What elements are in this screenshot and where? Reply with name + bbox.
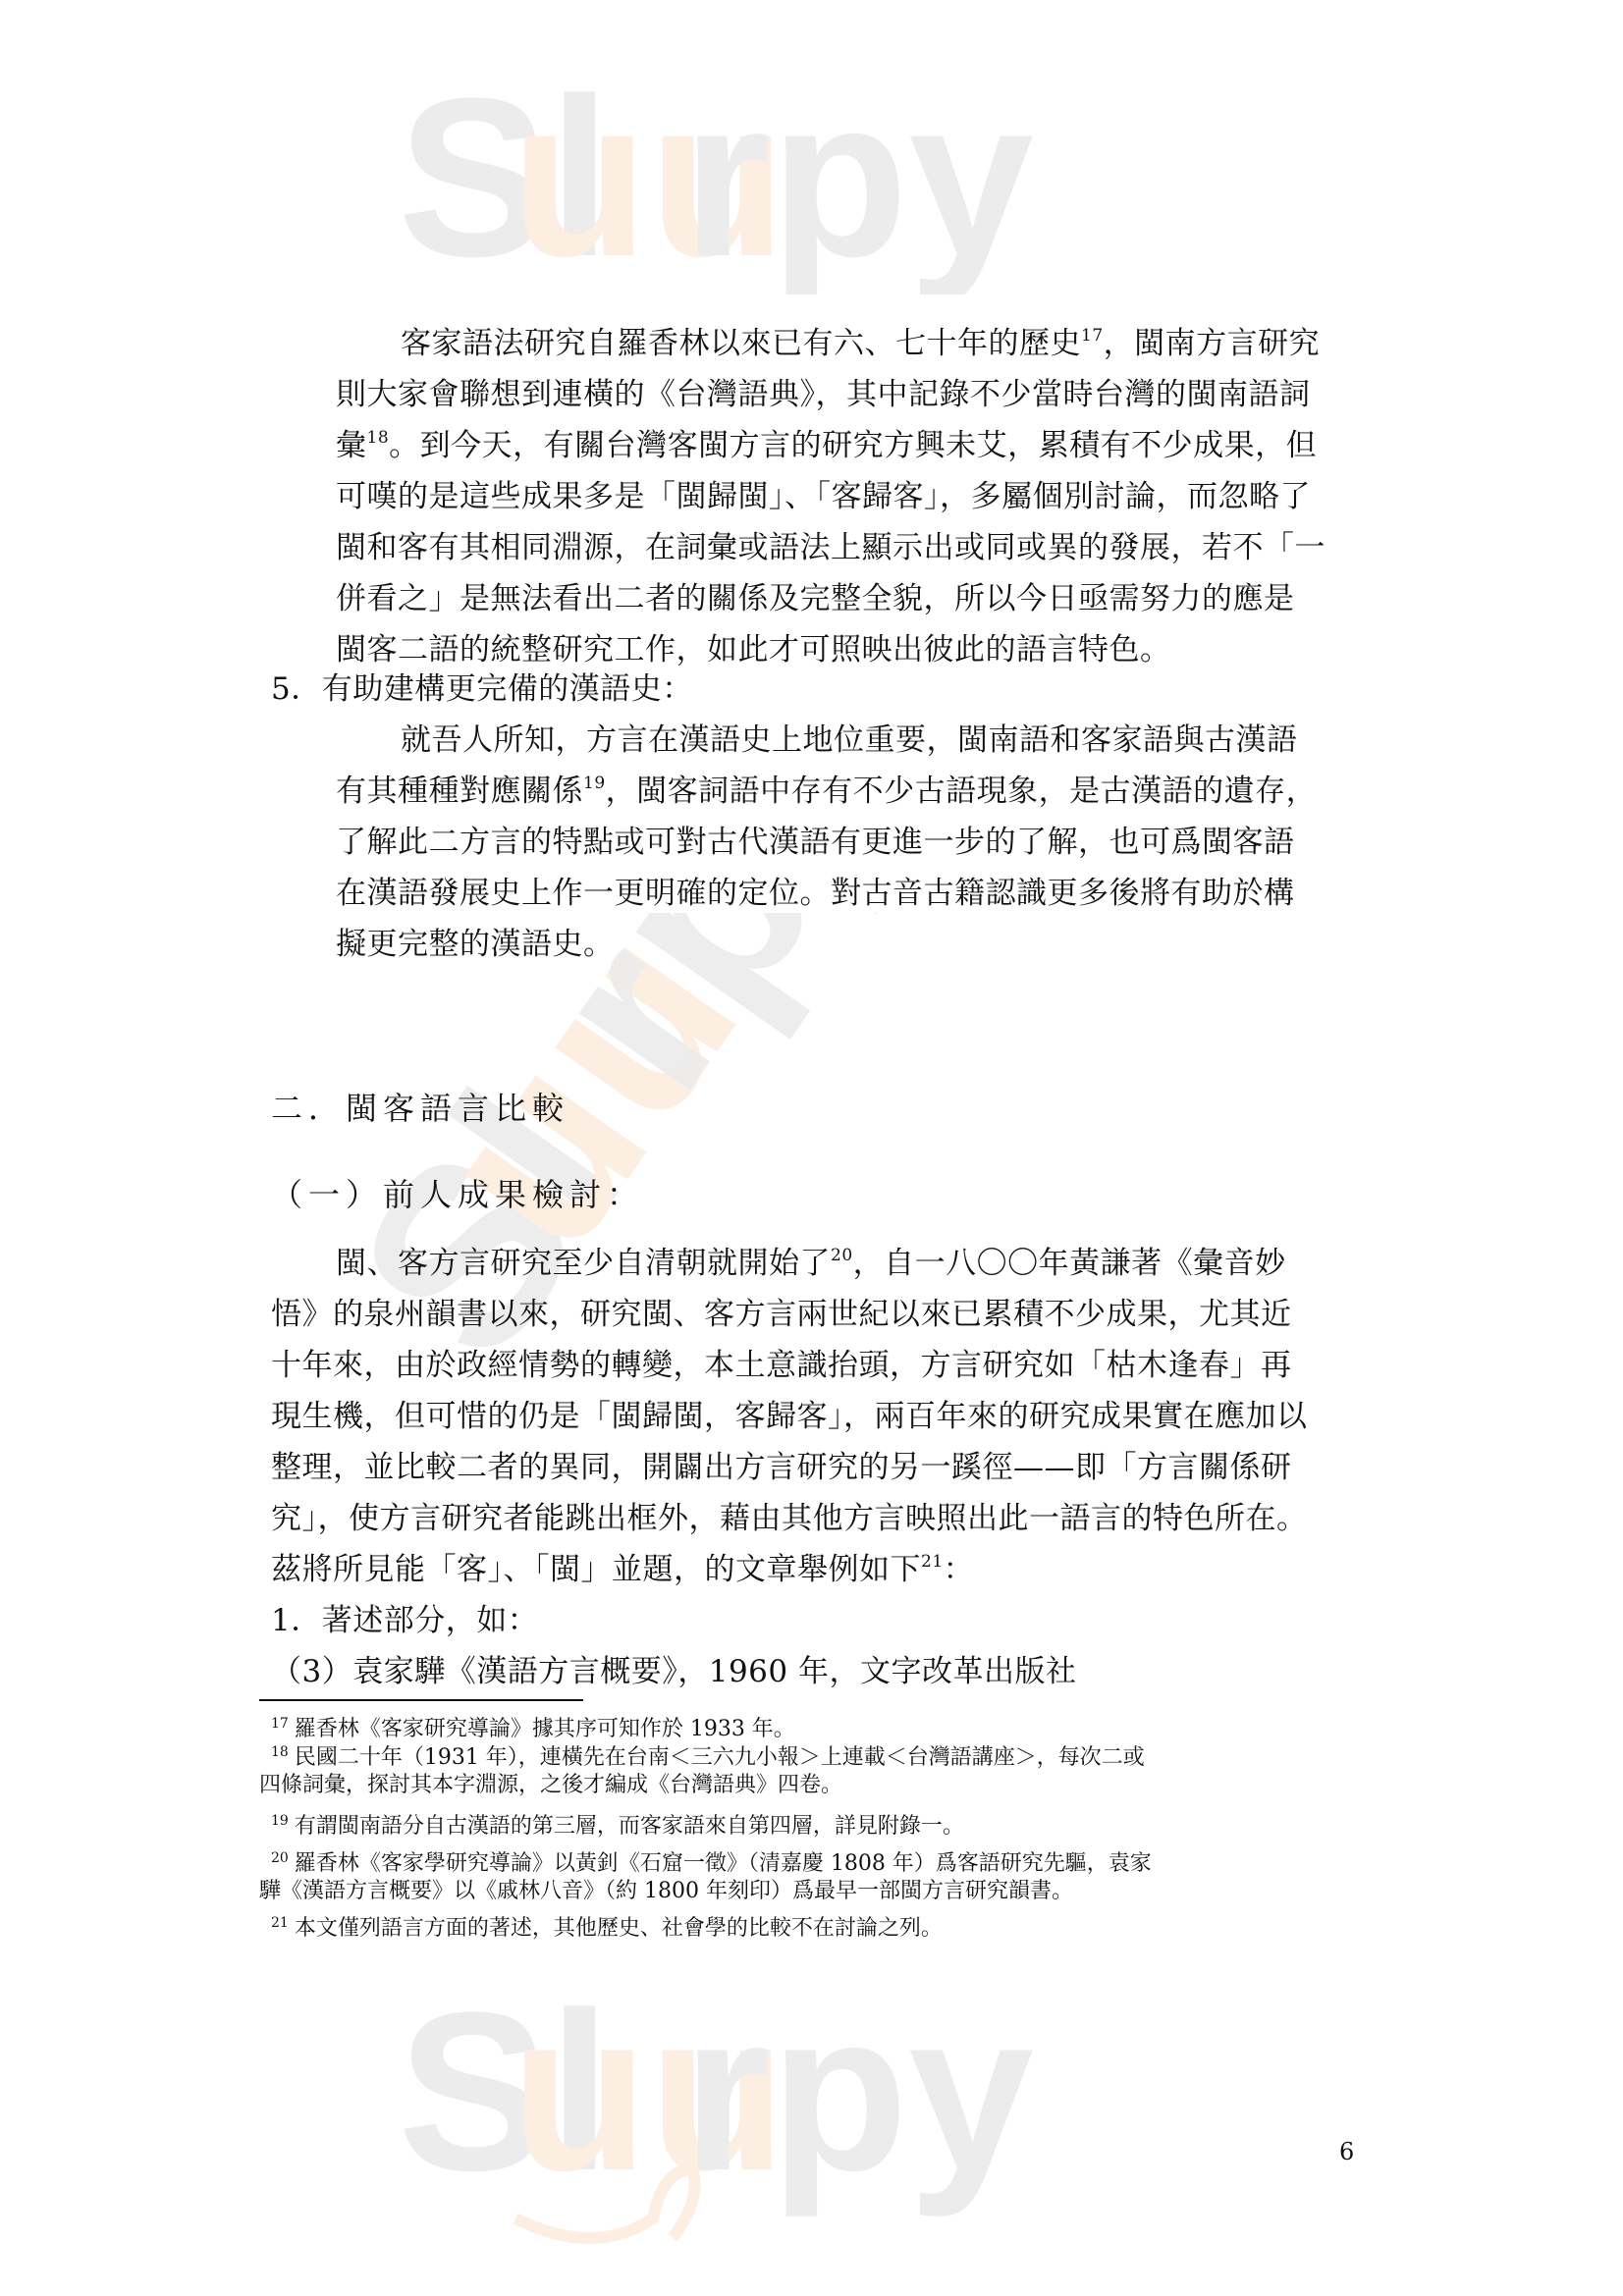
- list-item-1: 1．著述部分，如：: [271, 1600, 538, 1641]
- text: 十年來，由於政經情勢的轉變，本土意識抬頭，方言研究如「枯木逢春」再: [271, 1348, 1292, 1383]
- para1-line-5: 閩和客有其相同淵源，在詞彙或語法上顯示出或同或異的發展，若不「一: [336, 527, 1325, 568]
- footnote-ref-17[interactable]: 17: [1081, 326, 1104, 346]
- para2-line-1: 就吾人所知，方言在漢語史上地位重要，閩南語和客家語與古漢語: [401, 720, 1298, 761]
- subsection-heading: （一）前人成果檢討：: [271, 1174, 644, 1215]
- text: ，自一八〇〇年黃謙著《彙音妙: [853, 1246, 1286, 1281]
- text: 悟》的泉州韻書以來，研究閩、客方言兩世紀以來已累積不少成果，尤其近: [271, 1297, 1292, 1332]
- footnote-text: 驊《漢語方言概要》以《戚林八音》（約 1800 年刻印）爲最早一部閩方言研究韻書…: [259, 1879, 1073, 1903]
- text: 擬更完整的漢語史。: [336, 927, 615, 962]
- footnote-number: 18: [271, 1744, 289, 1760]
- text: 在漢語發展史上作一更明確的定位。對古音古籍認識更多後將有助於構: [336, 876, 1295, 911]
- page-number: 6: [1339, 2138, 1354, 2165]
- text: ，閩客詞語中存有不少古語現象，是古漢語的遺存，: [606, 774, 1318, 809]
- text: 可嘆的是這些成果多是「閩歸閩」、「客歸客」，多屬個別討論，而忽略了: [336, 479, 1311, 514]
- text: 彙: [336, 428, 367, 463]
- text: 客家語法研究自羅香林以來已有六、七十年的歷史: [401, 326, 1081, 361]
- list-subitem-3: （3）袁家驊《漢語方言概要》，1960 年，文字改革出版社: [271, 1651, 1076, 1692]
- footnote-number: 19: [271, 1813, 289, 1829]
- text: 現生機，但可惜的仍是「閩歸閩，客歸客」，兩百年來的研究成果實在應加以: [271, 1399, 1308, 1434]
- footnote-text: 民國二十年（1931 年），連橫先在台南＜三六九小報＞上連載＜台灣語講座＞，每次…: [295, 1745, 1145, 1770]
- footnote-ref-18[interactable]: 18: [367, 428, 390, 448]
- para1-line-3: 彙18。到今天，有關台灣客閩方言的研究方興未艾，累積有不少成果，但: [336, 425, 1317, 466]
- para3-line-6: 究」，使方言研究者能跳出框外，藉由其他方言映照出此一語言的特色所在。: [271, 1498, 1308, 1539]
- text: 1．著述部分，如：: [271, 1603, 538, 1638]
- text: 。到今天，有關台灣客閩方言的研究方興未艾，累積有不少成果，但: [389, 428, 1317, 463]
- footnote-text: 有謂閩南語分自古漢語的第三層，而客家語來自第四層，詳見附錄一。: [295, 1814, 964, 1839]
- footnote-20: 20羅香林《客家學研究導論》以黃釗《石窟一徵》（清嘉慶 1808 年）爲客語研究…: [271, 1850, 1152, 1877]
- text: 茲將所見能「客」、「閩」並題，的文章舉例如下: [271, 1552, 921, 1587]
- text: 閩客二語的統整研究工作，如此才可照映出彼此的語言特色。: [336, 632, 1171, 667]
- section-heading: 二．閩客語言比較: [271, 1088, 569, 1129]
- text: 有其種種對應關係: [336, 774, 583, 809]
- para3-line-1: 閩、客方言研究至少自清朝就開始了20，自一八〇〇年黃謙著《彙音妙: [336, 1243, 1286, 1284]
- para1-line-6: 併看之」是無法看出二者的關係及完整全貌，所以今日亟需努力的應是: [336, 578, 1295, 619]
- document-page: 客家語法研究自羅香林以來已有六、七十年的歷史17，閩南方言研究 則大家會聯想到連…: [0, 0, 1623, 2296]
- footnote-21: 21本文僅列語言方面的著述，其他歷史、社會學的比較不在討論之列。: [271, 1915, 943, 1942]
- footnote-18: 18民國二十年（1931 年），連橫先在台南＜三六九小報＞上連載＜台灣語講座＞，…: [271, 1744, 1145, 1771]
- footnote-number: 21: [271, 1915, 289, 1931]
- para1-line-2: 則大家會聯想到連橫的《台灣語典》，其中記錄不少當時台灣的閩南語詞: [336, 374, 1311, 415]
- para3-line-7: 茲將所見能「客」、「閩」並題，的文章舉例如下21：: [271, 1549, 974, 1590]
- para3-line-4: 現生機，但可惜的仍是「閩歸閩，客歸客」，兩百年來的研究成果實在應加以: [271, 1396, 1308, 1437]
- text: （3）袁家驊《漢語方言概要》，1960 年，文字改革出版社: [271, 1654, 1076, 1689]
- footnote-19: 19有謂閩南語分自古漢語的第三層，而客家語來自第四層，詳見附錄一。: [271, 1813, 964, 1840]
- footnote-number: 20: [271, 1850, 289, 1866]
- para1-line-7: 閩客二語的統整研究工作，如此才可照映出彼此的語言特色。: [336, 629, 1171, 670]
- footnote-text: 羅香林《客家學研究導論》以黃釗《石窟一徵》（清嘉慶 1808 年）爲客語研究先驅…: [295, 1851, 1152, 1876]
- footnote-20-cont: 驊《漢語方言概要》以《戚林八音》（約 1800 年刻印）爲最早一部閩方言研究韻書…: [259, 1878, 1073, 1904]
- para3-line-3: 十年來，由於政經情勢的轉變，本土意識抬頭，方言研究如「枯木逢春」再: [271, 1345, 1292, 1386]
- para2-line-4: 在漢語發展史上作一更明確的定位。對古音古籍認識更多後將有助於構: [336, 873, 1295, 914]
- footnote-text: 羅香林《客家研究導論》據其序可知作於 1933 年。: [295, 1717, 795, 1741]
- para3-line-2: 悟》的泉州韻書以來，研究閩、客方言兩世紀以來已累積不少成果，尤其近: [271, 1294, 1292, 1335]
- text: 究」，使方言研究者能跳出框外，藉由其他方言映照出此一語言的特色所在。: [271, 1501, 1308, 1536]
- list-item-5: 5．有助建構更完備的漢語史：: [271, 668, 693, 710]
- footnote-text: 四條詞彙，探討其本字淵源，之後才編成《台灣語典》四卷。: [259, 1773, 842, 1797]
- para1-line-1: 客家語法研究自羅香林以來已有六、七十年的歷史17，閩南方言研究: [401, 323, 1320, 364]
- footnote-text: 本文僅列語言方面的著述，其他歷史、社會學的比較不在討論之列。: [295, 1916, 943, 1941]
- text: 了解此二方言的特點或可對古代漢語有更進一步的了解，也可爲閩客語: [336, 825, 1295, 860]
- footnote-ref-20[interactable]: 20: [831, 1246, 853, 1265]
- text: 整理，並比較二者的異同，開闢出方言研究的另一蹊徑——即「方言關係研: [271, 1450, 1292, 1485]
- text: 閩和客有其相同淵源，在詞彙或語法上顯示出或同或異的發展，若不「一: [336, 530, 1325, 565]
- text: 閩、客方言研究至少自清朝就開始了: [336, 1246, 831, 1281]
- text: 併看之」是無法看出二者的關係及完整全貌，所以今日亟需努力的應是: [336, 581, 1295, 616]
- para3-line-5: 整理，並比較二者的異同，開闢出方言研究的另一蹊徑——即「方言關係研: [271, 1447, 1292, 1488]
- text: ：: [944, 1552, 975, 1587]
- footnote-18-cont: 四條詞彙，探討其本字淵源，之後才編成《台灣語典》四卷。: [259, 1772, 842, 1798]
- text: ，閩南方言研究: [1104, 326, 1321, 361]
- para1-line-4: 可嘆的是這些成果多是「閩歸閩」、「客歸客」，多屬個別討論，而忽略了: [336, 476, 1311, 517]
- para2-line-3: 了解此二方言的特點或可對古代漢語有更進一步的了解，也可爲閩客語: [336, 822, 1295, 863]
- footnote-divider: [259, 1699, 583, 1701]
- footnote-ref-21[interactable]: 21: [921, 1552, 944, 1572]
- footnote-17: 17羅香林《客家研究導論》據其序可知作於 1933 年。: [271, 1716, 795, 1742]
- para2-line-5: 擬更完整的漢語史。: [336, 924, 615, 965]
- text: 5．有助建構更完備的漢語史：: [271, 671, 693, 707]
- text: 就吾人所知，方言在漢語史上地位重要，閩南語和客家語與古漢語: [401, 722, 1298, 758]
- para2-line-2: 有其種種對應關係19，閩客詞語中存有不少古語現象，是古漢語的遺存，: [336, 771, 1317, 812]
- footnote-ref-19[interactable]: 19: [583, 774, 606, 793]
- text: 則大家會聯想到連橫的《台灣語典》，其中記錄不少當時台灣的閩南語詞: [336, 377, 1311, 412]
- footnote-number: 17: [271, 1716, 289, 1732]
